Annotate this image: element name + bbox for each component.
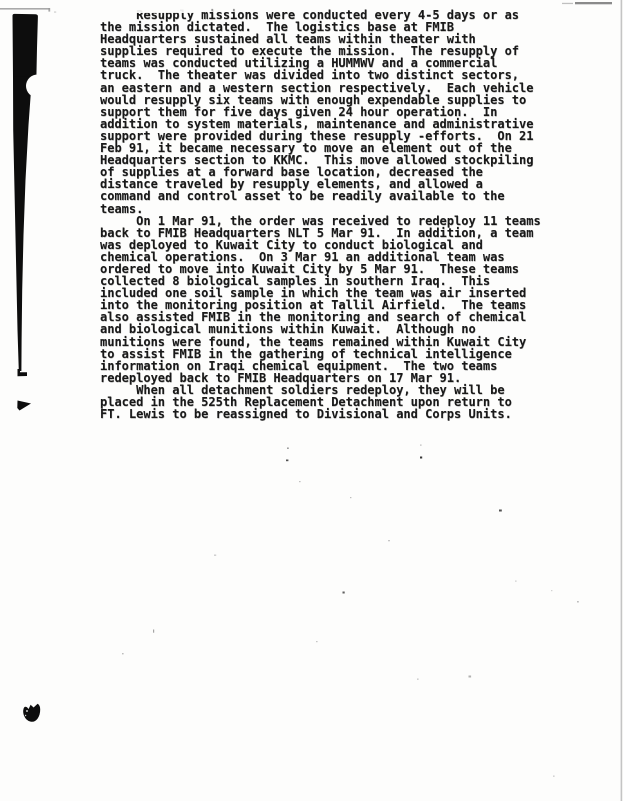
document-body-text: Resupply missions were conducted every 4… [100, 9, 541, 420]
binding-smudge-artifact [13, 14, 50, 376]
copier-edge-mark-top-left [0, 8, 56, 13]
scan-specks [122, 445, 579, 777]
scan-edge-line-right [621, 0, 623, 801]
scanned-page: Resupply missions were conducted every 4… [0, 0, 623, 801]
copier-edge-mark-top-right [562, 2, 612, 4]
scan-cutoff-overlay [200, 8, 318, 11]
scan-cutoff-overlay [133, 8, 200, 13]
ink-blob-artifact [23, 704, 40, 722]
arrow-ink-mark [17, 401, 31, 411]
